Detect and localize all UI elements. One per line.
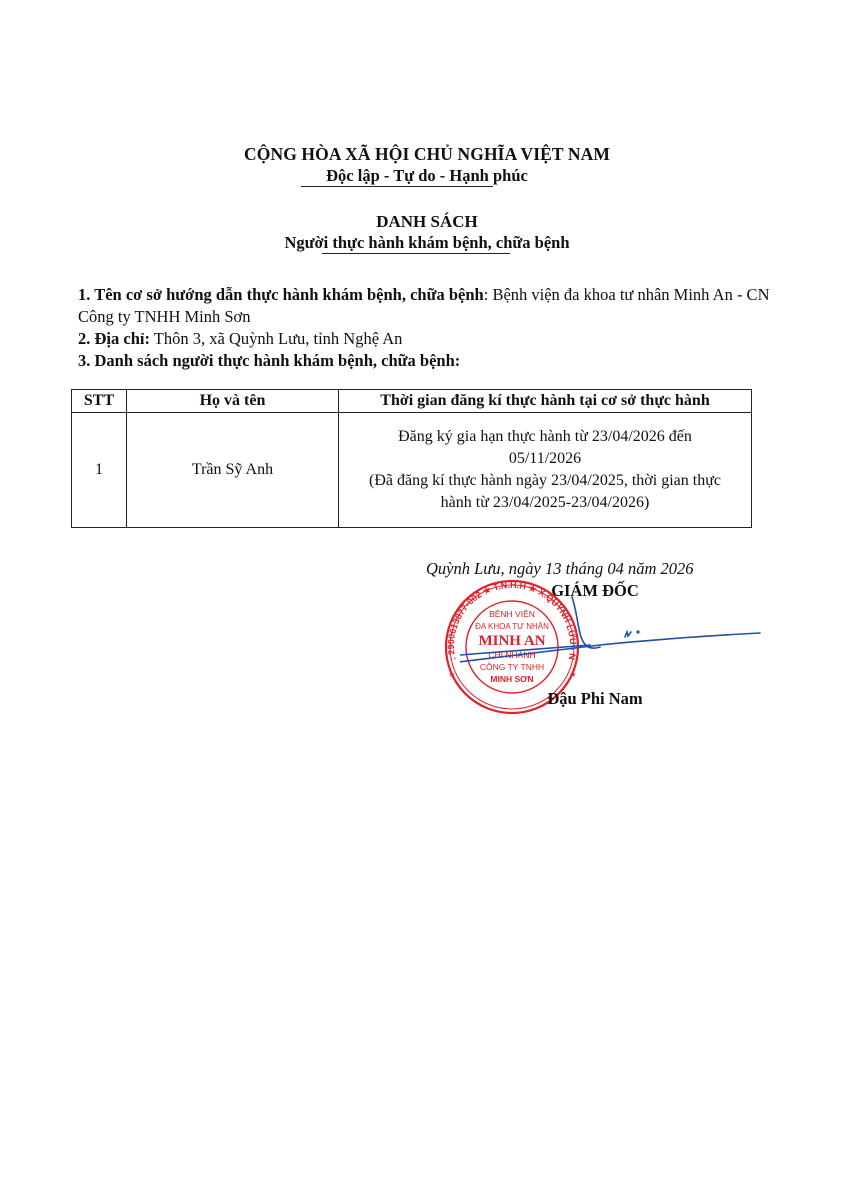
svg-text:★: ★ <box>448 670 455 679</box>
section-address: 2. Địa chỉ: Thôn 3, xã Quỳnh Lưu, tỉnh N… <box>78 328 778 350</box>
cell-stt: 1 <box>72 413 127 528</box>
signature-icon <box>460 585 780 685</box>
section-facility: 1. Tên cơ sở hướng dẫn thực hành khám bệ… <box>78 284 778 328</box>
national-motto: Độc lập - Tự do - Hạnh phúc <box>0 166 854 186</box>
place-date: Quỳnh Lưu, ngày 13 tháng 04 năm 2026 <box>426 559 694 579</box>
motto-underline <box>301 186 493 187</box>
cell-time-line: Đăng ký gia hạn thực hành từ 23/04/2026 … <box>341 426 749 448</box>
cell-time-line: (Đã đăng kí thực hành ngày 23/04/2025, t… <box>341 470 749 492</box>
document-subtitle: Người thực hành khám bệnh, chữa bệnh <box>0 233 854 253</box>
cell-time-line: 05/11/2026 <box>341 448 749 470</box>
table-header-row: STT Họ và tên Thời gian đăng kí thực hàn… <box>72 390 752 413</box>
section-facility-label: 1. Tên cơ sở hướng dẫn thực hành khám bệ… <box>78 285 484 304</box>
table-row: 1 Trần Sỹ Anh Đăng ký gia hạn thực hành … <box>72 413 752 528</box>
column-header-stt: STT <box>72 390 127 413</box>
section-list-heading: 3. Danh sách người thực hành khám bệnh, … <box>78 350 778 372</box>
signer-name: Đậu Phi Nam <box>430 689 760 709</box>
section-address-label: 2. Địa chỉ: <box>78 329 150 348</box>
section-address-value: Thôn 3, xã Quỳnh Lưu, tỉnh Nghệ An <box>150 329 402 348</box>
subtitle-underline <box>322 253 510 254</box>
cell-time: Đăng ký gia hạn thực hành từ 23/04/2026 … <box>339 413 752 528</box>
column-header-time: Thời gian đăng kí thực hành tại cơ sở th… <box>339 390 752 413</box>
column-header-name: Họ và tên <box>127 390 339 413</box>
cell-time-line: hành từ 23/04/2025-23/04/2026) <box>341 492 749 514</box>
cell-name: Trần Sỹ Anh <box>127 413 339 528</box>
practitioner-table: STT Họ và tên Thời gian đăng kí thực hàn… <box>71 389 752 528</box>
national-header: CỘNG HÒA XÃ HỘI CHỦ NGHĨA VIỆT NAM <box>0 144 854 165</box>
document-title: DANH SÁCH <box>0 212 854 232</box>
